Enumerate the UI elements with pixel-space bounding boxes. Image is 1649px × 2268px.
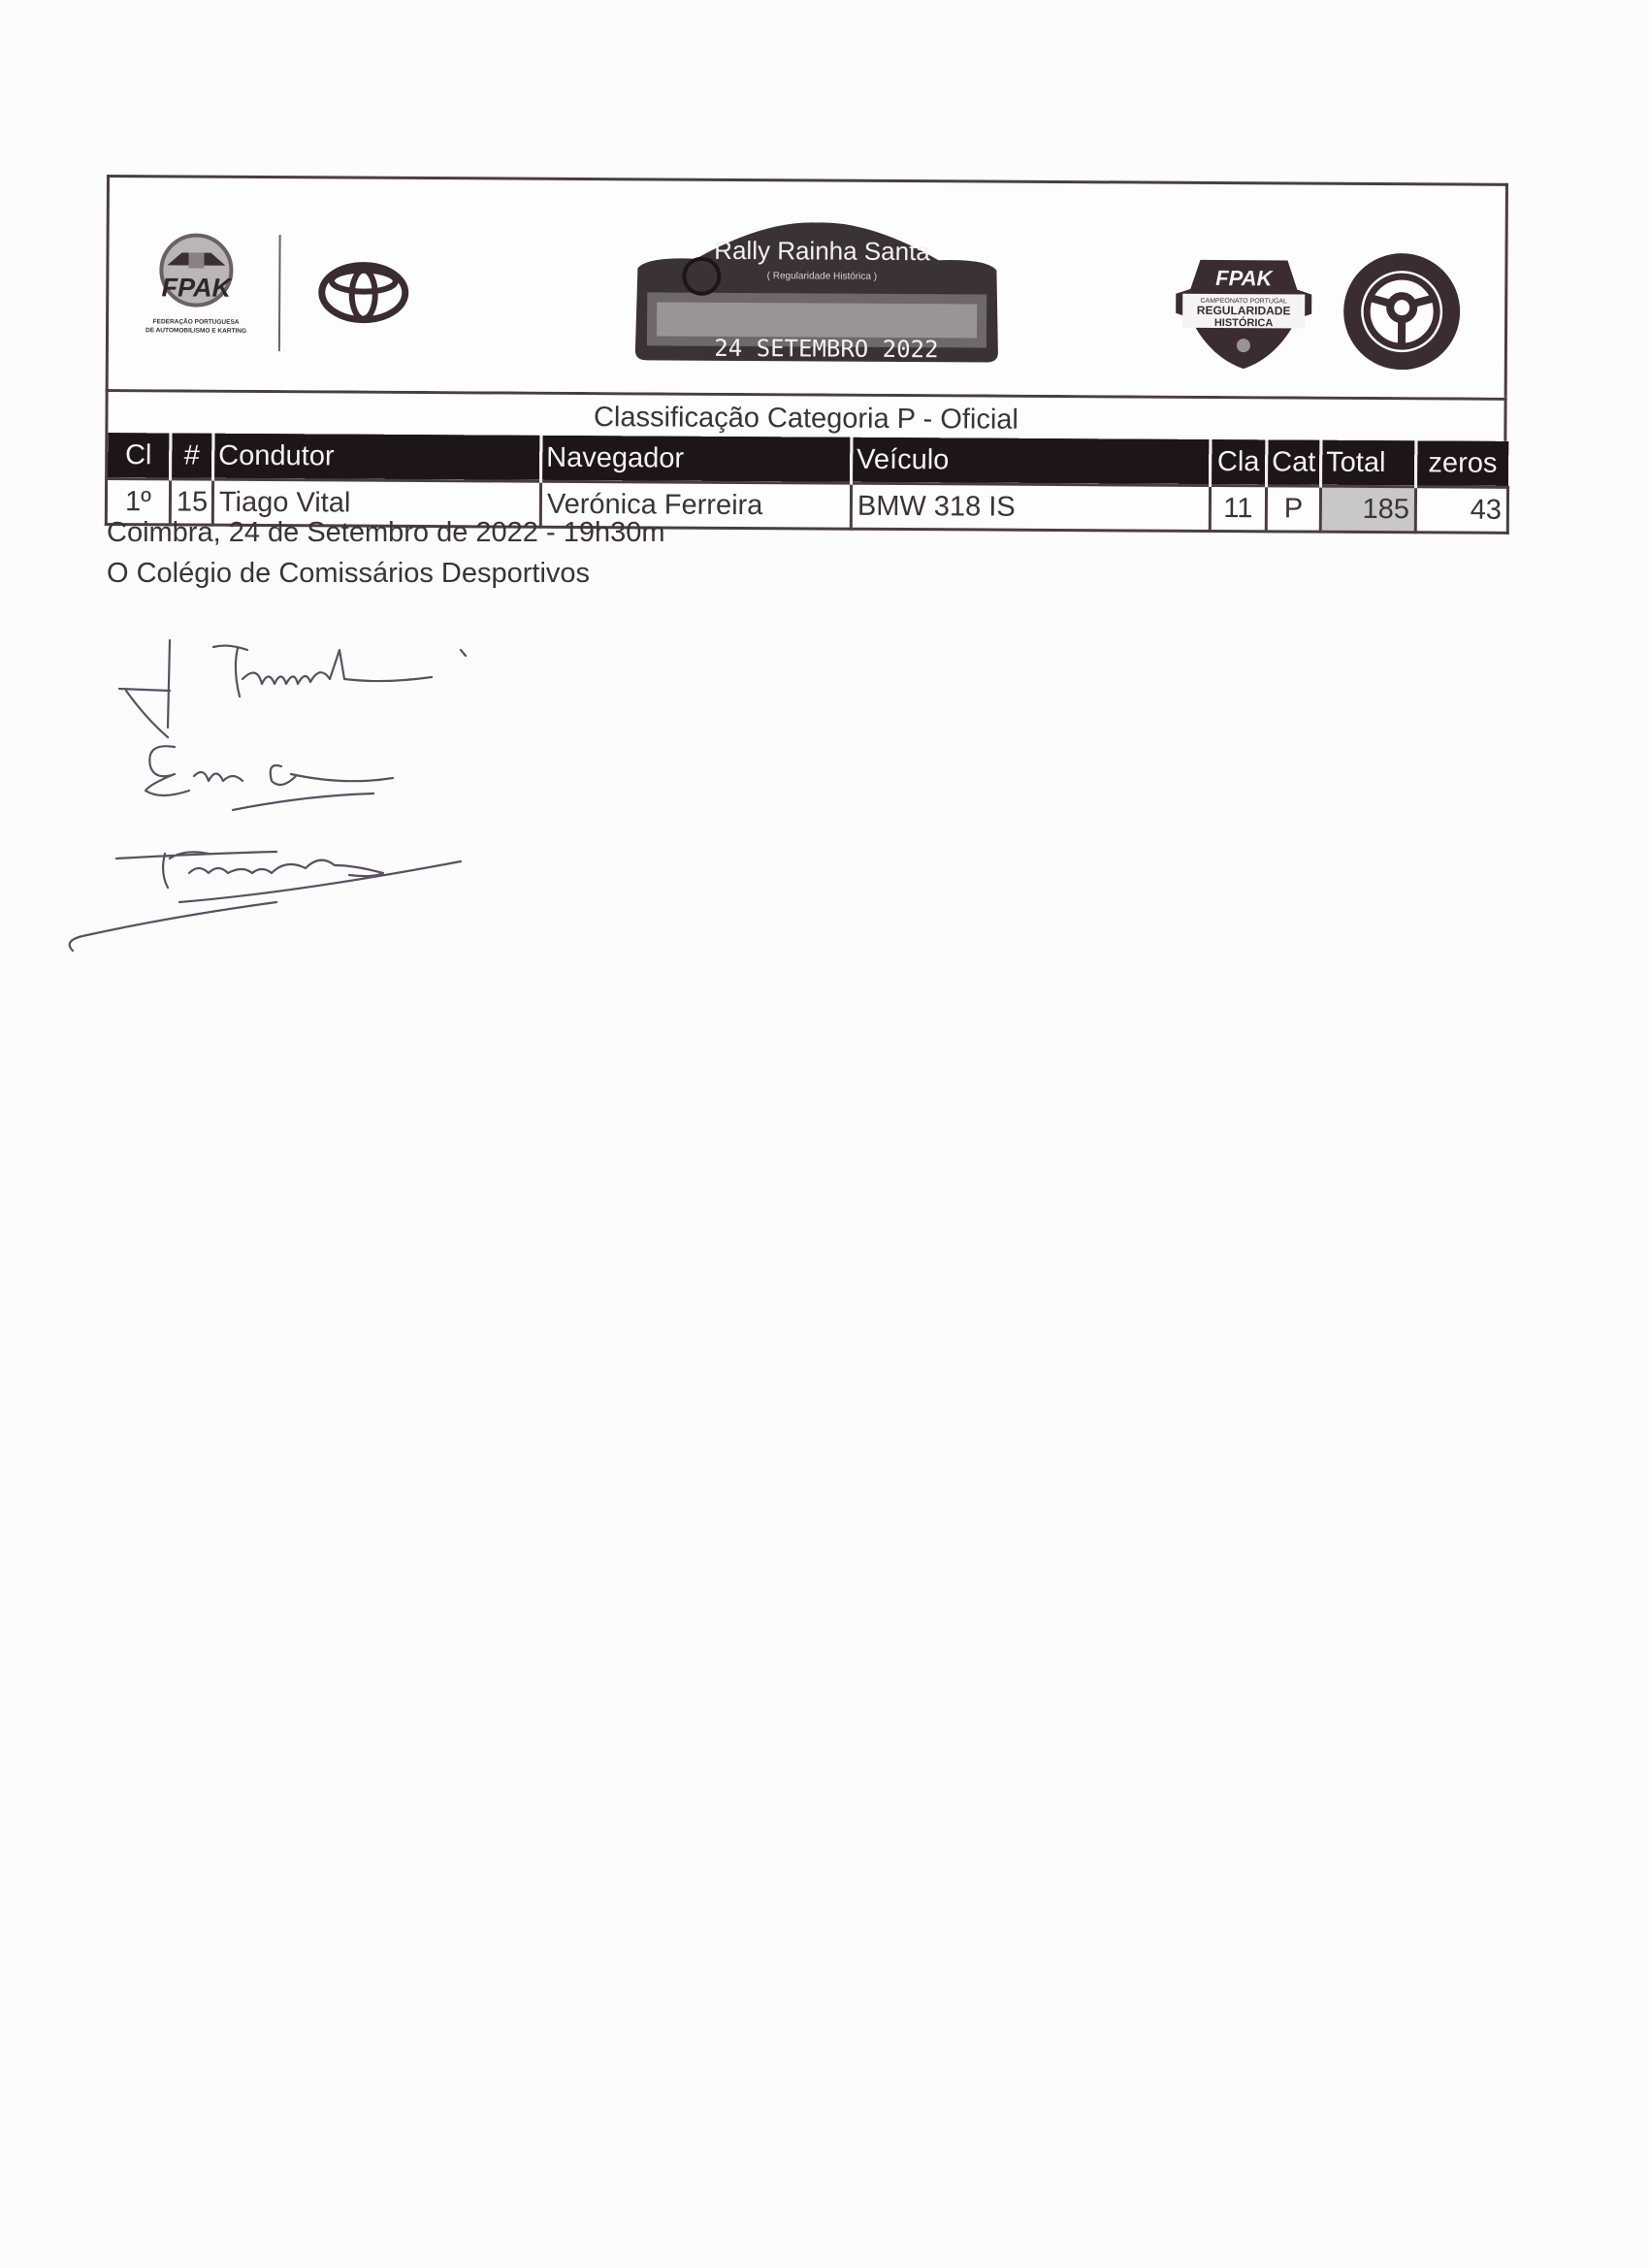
col-header-number: # xyxy=(171,433,213,479)
col-header-total: Total xyxy=(1321,440,1416,487)
col-header-condutor: Condutor xyxy=(213,434,541,482)
fpak-regularidade-badge: FPAK CAMPEONATO PORTUGAL REGULARIDADE HI… xyxy=(1171,250,1317,377)
col-header-navegador: Navegador xyxy=(541,436,852,483)
cell-cla: 11 xyxy=(1210,485,1266,531)
rally-plate-logo: Rally Rainha Santa ( Regularidade Histór… xyxy=(628,219,1007,372)
svg-text:Rally Rainha Santa: Rally Rainha Santa xyxy=(714,236,930,266)
svg-text:FPAK: FPAK xyxy=(161,273,233,302)
svg-text:FPAK: FPAK xyxy=(1215,266,1275,290)
signatory-label: O Colégio de Comissários Desportivos xyxy=(107,558,590,590)
col-header-cat: Cat xyxy=(1267,439,1321,486)
clube-automovel-centro-logo xyxy=(1339,251,1466,378)
svg-text:DE AUTOMOBILISMO E KARTING: DE AUTOMOBILISMO E KARTING xyxy=(145,327,246,335)
cell-cat: P xyxy=(1266,486,1320,532)
steering-wheel-icon xyxy=(1339,251,1466,373)
svg-text:HISTÓRICA: HISTÓRICA xyxy=(1214,316,1274,329)
col-header-zeros: zeros xyxy=(1416,440,1508,487)
title-text: Classificação Categoria P - Oficial xyxy=(594,402,1018,437)
col-header-cl: Cl xyxy=(107,433,171,479)
svg-text:24 SETEMBRO 2022: 24 SETEMBRO 2022 xyxy=(714,335,938,363)
toyota-emblem-icon xyxy=(317,261,409,324)
classification-sheet: FPAK FEDERAÇÃO PORTUGUESA DE AUTOMOBILIS… xyxy=(105,175,1508,535)
svg-text:REGULARIDADE: REGULARIDADE xyxy=(1197,304,1291,318)
logo-banner: FPAK FEDERAÇÃO PORTUGUESA DE AUTOMOBILIS… xyxy=(106,175,1508,398)
fpak-logo: FPAK FEDERAÇÃO PORTUGUESA DE AUTOMOBILIS… xyxy=(143,231,250,348)
toyota-logo xyxy=(317,261,409,329)
signatures-icon xyxy=(53,611,558,970)
logo-divider xyxy=(278,235,281,351)
svg-text:( Regularidade Histórica ): ( Regularidade Histórica ) xyxy=(767,271,877,282)
rally-plate-icon: Rally Rainha Santa ( Regularidade Histór… xyxy=(628,219,1007,367)
cell-veiculo: BMW 318 IS xyxy=(851,483,1210,531)
col-header-cla: Cla xyxy=(1211,439,1267,486)
fpak-emblem-icon: FPAK FEDERAÇÃO PORTUGUESA DE AUTOMOBILIS… xyxy=(143,231,250,343)
cell-zeros: 43 xyxy=(1415,487,1507,534)
shield-icon: FPAK CAMPEONATO PORTUGAL REGULARIDADE HI… xyxy=(1171,250,1317,373)
col-header-veiculo: Veículo xyxy=(852,437,1211,486)
svg-text:FEDERAÇÃO PORTUGUESA: FEDERAÇÃO PORTUGUESA xyxy=(153,316,240,326)
cell-total: 185 xyxy=(1320,486,1415,533)
place-date: Coimbra, 24 de Setembro de 2022 - 19h30m xyxy=(107,517,665,549)
